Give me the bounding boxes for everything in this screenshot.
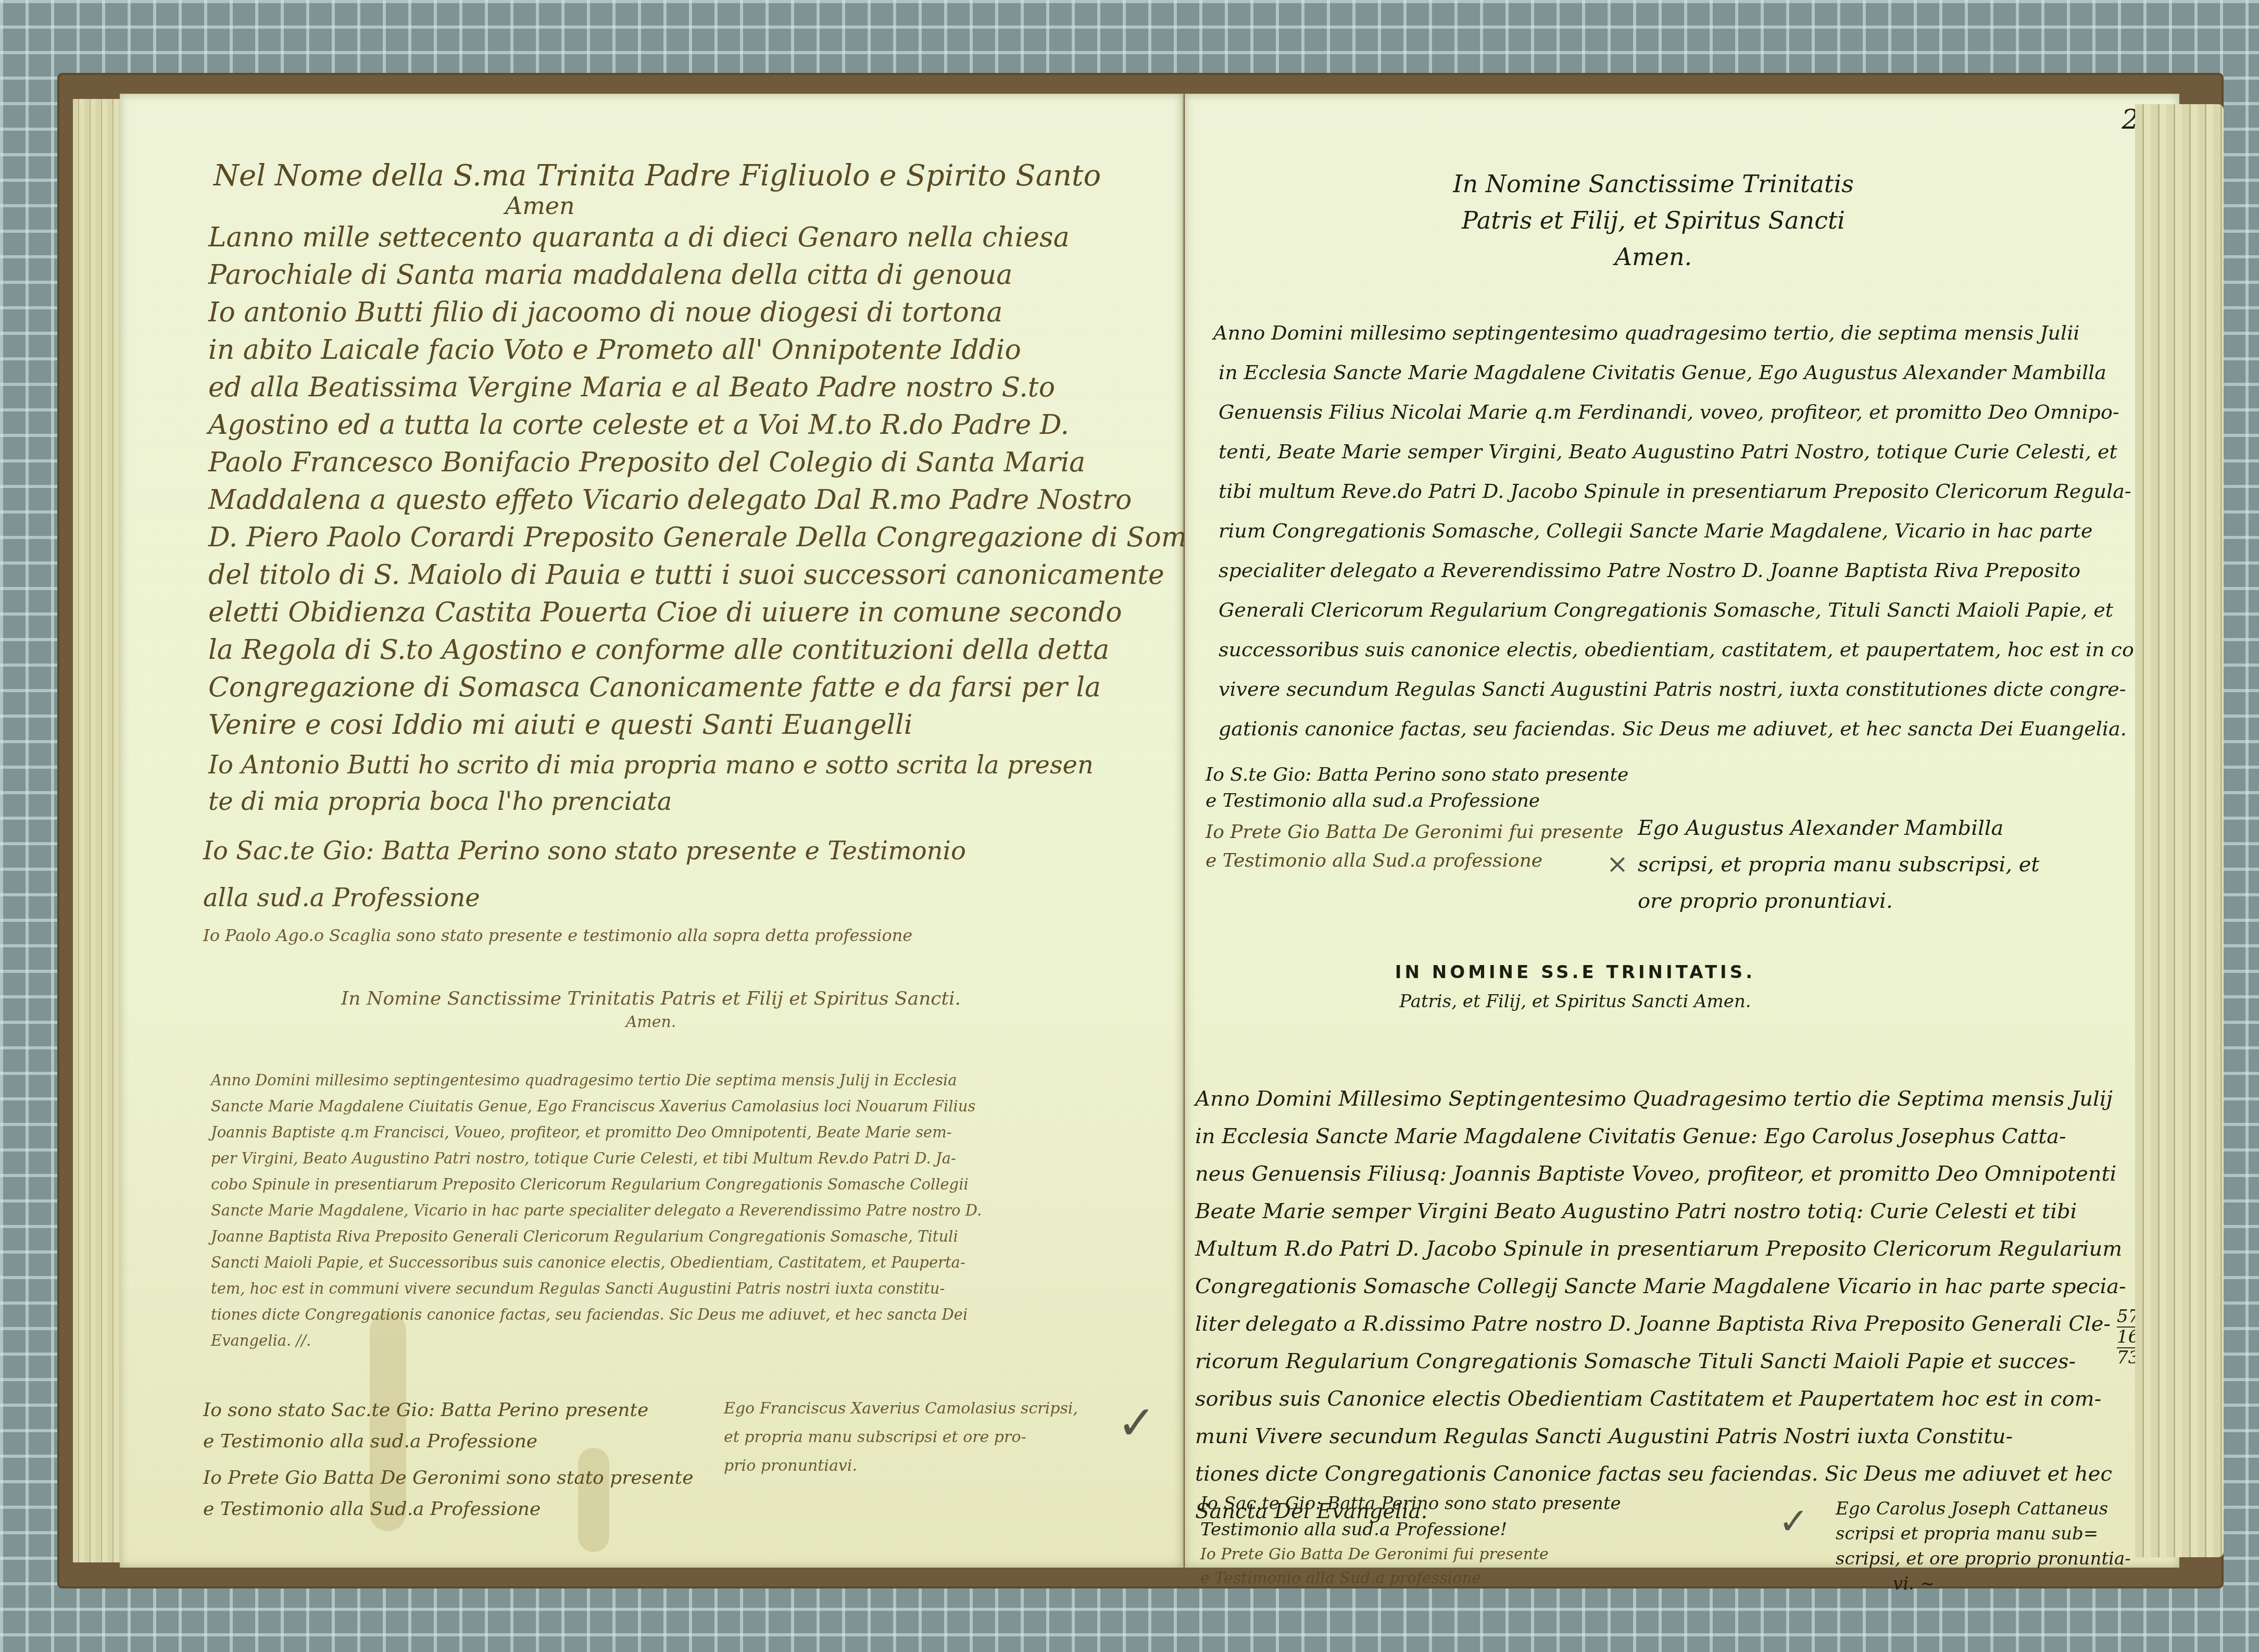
body-line: Lanno mille settecento quaranta a di die…: [208, 224, 1248, 261]
signature-line: Io Antonio Butti ho scrito di mia propri…: [208, 753, 1094, 789]
body-line: Genuensis Filius Nicolai Marie q.m Ferdi…: [1213, 402, 2185, 442]
body-line: Anno Domini Millesimo Septingentesimo Qu…: [1195, 1088, 2126, 1126]
witness-line: Io S.te Gio: Batta Perino sono stato pre…: [1206, 766, 1628, 792]
body-line: del titolo di S. Maiolo di Pauia e tutti…: [208, 561, 1248, 599]
witness-line: Io Sac.te Gio: Batta Perino sono stato p…: [1200, 1495, 1621, 1521]
heading-amen: Amen.: [1185, 245, 2122, 269]
right-entry2-heading: IN NOMINE SS.E TRINITATIS. Patris, et Fi…: [1185, 963, 1966, 1010]
witness-line: Io sono stato Sac.te Gio: Batta Perino p…: [203, 1401, 694, 1432]
signature-line: te di mia propria boca l'ho prenciata: [208, 789, 1094, 825]
body-line: Evangelia. //.: [211, 1333, 982, 1359]
body-line: in Ecclesia Sancte Marie Magdalene Civit…: [1195, 1126, 2126, 1163]
witness-line: alla sud.a Professione: [203, 885, 966, 927]
body-line: ricorum Regularium Congregationis Somasc…: [1195, 1351, 2126, 1388]
body-line: Sancti Maioli Papie, et Successoribus su…: [211, 1255, 982, 1281]
checkmark-icon: ✓: [1117, 1396, 1156, 1450]
body-line: cobo Spinule in presentiarum Preposito C…: [211, 1177, 982, 1203]
signature-line: scripsi et propria manu sub=: [1836, 1525, 2131, 1550]
signature-line: vi. ~: [1836, 1575, 2131, 1593]
body-line: Congregationis Somasche Collegij Sancte …: [1195, 1276, 2126, 1313]
body-line: D. Piero Paolo Corardi Preposito General…: [208, 524, 1248, 561]
body-line: in Ecclesia Sancte Marie Magdalene Civit…: [1213, 362, 2185, 402]
right-entry1-heading: In Nomine Sanctissime Trinitatis Patris …: [1185, 172, 2122, 269]
right-page-stack: [2135, 104, 2224, 1557]
heading-line: Nel Nome della S.ma Trinita Padre Figliu…: [214, 161, 1101, 191]
right-entry1-signature: Ego Augustus Alexander Mambilla scripsi,…: [1638, 818, 2039, 911]
witness-line: e Testimonio alla sud.a Professione: [203, 1432, 694, 1469]
body-line: eletti Obidienza Castita Pouerta Cioe di…: [208, 599, 1248, 636]
body-line: Sancte Marie Magdalene, Vicario in hac p…: [211, 1203, 982, 1229]
body-line: tiones dicte Congregationis canonice fac…: [211, 1307, 982, 1333]
body-line: vivere secundum Regulas Sancti Augustini…: [1213, 679, 2185, 719]
left-entry2-body: Anno Domini millesimo septingentesimo qu…: [211, 1073, 982, 1359]
witness-line: e Testimonio alla Sud.a professione: [1200, 1571, 1621, 1586]
body-line: successoribus suis canonice electis, obe…: [1213, 640, 2185, 679]
body-line: in abito Laicale facio Voto e Prometo al…: [208, 336, 1248, 374]
left-entry1-body: Lanno mille settecento quaranta a di die…: [208, 224, 1248, 749]
body-line: Generali Clericorum Regularium Congregat…: [1213, 600, 2185, 640]
left-entry2-witnesses: Io sono stato Sac.te Gio: Batta Perino p…: [203, 1401, 694, 1526]
right-entry2-witnesses: Io Sac.te Gio: Batta Perino sono stato p…: [1200, 1495, 1621, 1586]
body-line: tenti, Beate Marie semper Virgini, Beato…: [1213, 442, 2185, 481]
body-line: rium Congregationis Somasche, Collegii S…: [1213, 521, 2185, 560]
witness-line: e Testimonio alla Sud.a professione: [1206, 852, 1628, 870]
witness-line: Io Prete Gio Batta De Geronimi fui prese…: [1206, 823, 1628, 852]
heading-line: IN NOMINE SS.E TRINITATIS.: [1185, 963, 1966, 993]
left-entry1-witnesses: Io Sac.te Gio: Batta Perino sono stato p…: [203, 838, 966, 944]
right-entry2-signature: Ego Carolus Joseph Cattaneus scripsi et …: [1836, 1500, 2131, 1593]
checkmark-icon: ✓: [1778, 1500, 1809, 1543]
witness-line: Io Prete Gio Batta De Geronimi sono stat…: [203, 1469, 694, 1500]
body-line: la Regola di S.to Agostino e conforme al…: [208, 636, 1248, 674]
left-entry1-signature: Io Antonio Butti ho scrito di mia propri…: [208, 753, 1094, 825]
signature-line: scripsi, et propria manu subscripsi, et: [1638, 854, 2039, 891]
body-line: Maddalena a questo effeto Vicario delega…: [208, 486, 1248, 524]
right-entry2-body: Anno Domini Millesimo Septingentesimo Qu…: [1195, 1088, 2126, 1538]
body-line: Joanne Baptista Riva Preposito Generali …: [211, 1229, 982, 1255]
body-line: Joannis Baptiste q.m Francisci, Voueo, p…: [211, 1125, 982, 1151]
body-line: tem, hoc est in communi vivere secundum …: [211, 1281, 982, 1307]
body-line: neus Genuensis Filiusq: Joannis Baptiste…: [1195, 1163, 2126, 1201]
witness-line: e Testimonio alla sud.a Professione: [1206, 792, 1628, 823]
body-line: Beate Marie semper Virgini Beato Augusti…: [1195, 1201, 2126, 1238]
body-line: soribus suis Canonice electis Obedientia…: [1195, 1388, 2126, 1426]
witness-line: Testimonio alla sud.a Professione!: [1200, 1521, 1621, 1547]
left-entry2-heading: In Nomine Sanctissime Trinitatis Patris …: [120, 990, 1182, 1030]
body-line: muni Vivere secundum Regulas Sancti Augu…: [1195, 1426, 2126, 1463]
witness-line: e Testimonio alla Sud.a Professione: [203, 1500, 694, 1526]
body-line: Multum R.do Patri D. Jacobo Spinule in p…: [1195, 1238, 2126, 1276]
right-entry1-witnesses: Io S.te Gio: Batta Perino sono stato pre…: [1206, 766, 1628, 870]
body-line: liter delegato a R.dissimo Patre nostro …: [1195, 1313, 2126, 1351]
witness-line: Io Sac.te Gio: Batta Perino sono stato p…: [203, 838, 966, 885]
body-line: Agostino ed a tutta la corte celeste et …: [208, 411, 1248, 449]
body-line: Io antonio Butti filio di jacoomo di nou…: [208, 299, 1248, 336]
book-binding: Nel Nome della S.ma Trinita Padre Figliu…: [57, 73, 2224, 1588]
body-line: Venire e cosi Iddio mi aiuti e questi Sa…: [208, 711, 1248, 749]
body-line: Paolo Francesco Bonifacio Preposito del …: [208, 449, 1248, 486]
heading-line: In Nomine Sanctissime Trinitatis Patris …: [120, 990, 1182, 1008]
heading-amen: Amen.: [120, 1015, 1182, 1030]
signature-line: et propria manu subscripsi et ore pro-: [724, 1430, 1078, 1458]
body-line: Congregazione di Somasca Canonicamente f…: [208, 674, 1248, 711]
body-line: gationis canonice factas, seu faciendas.…: [1213, 719, 2185, 758]
right-page: 28. In Nomine Sanctissime Trinitatis Pat…: [1185, 94, 2179, 1568]
witness-line: Io Paolo Ago.o Scaglia sono stato presen…: [203, 927, 966, 944]
body-line: specialiter delegato a Reverendissimo Pa…: [1213, 560, 2185, 600]
body-line: per Virgini, Beato Augustino Patri nostr…: [211, 1151, 982, 1177]
right-entry1-body: Anno Domini millesimo septingentesimo qu…: [1213, 323, 2185, 758]
signature-line: prio pronuntiavi.: [724, 1458, 1078, 1487]
signature-line: Ego Carolus Joseph Cattaneus: [1836, 1500, 2131, 1525]
witness-line: Io Prete Gio Batta De Geronimi fui prese…: [1200, 1547, 1621, 1571]
cross-mark-icon: ×: [1607, 849, 1628, 879]
heading-line: In Nomine Sanctissime Trinitatis: [1185, 172, 2122, 208]
signature-line: Ego Augustus Alexander Mambilla: [1638, 818, 2039, 854]
body-line: Anno Domini millesimo septingentesimo qu…: [211, 1073, 982, 1099]
signature-line: Ego Franciscus Xaverius Camolasius scrip…: [724, 1401, 1078, 1430]
heading-amen: Amen: [505, 194, 1101, 218]
heading-line: Patris et Filij, et Spiritus Sancti: [1185, 208, 2122, 245]
left-page-stack: [73, 99, 122, 1562]
left-entry1-heading: Nel Nome della S.ma Trinita Padre Figliu…: [214, 161, 1101, 218]
body-line: Sancte Marie Magdalene Ciuitatis Genue, …: [211, 1099, 982, 1125]
signature-line: ore proprio pronuntiavi.: [1638, 891, 2039, 911]
body-line: ed alla Beatissima Vergine Maria e al Be…: [208, 374, 1248, 411]
body-line: Parochiale di Santa maria maddalena dell…: [208, 261, 1248, 299]
heading-line: Patris, et Filij, et Spiritus Sancti Ame…: [1185, 993, 1966, 1010]
left-page: Nel Nome della S.ma Trinita Padre Figliu…: [120, 94, 1184, 1568]
body-line: Anno Domini millesimo septingentesimo qu…: [1213, 323, 2185, 362]
left-entry2-signature: Ego Franciscus Xaverius Camolasius scrip…: [724, 1401, 1078, 1487]
body-line: tibi multum Reve.do Patri D. Jacobo Spin…: [1213, 481, 2185, 521]
signature-line: scripsi, et ore proprio pronuntia-: [1836, 1550, 2131, 1575]
